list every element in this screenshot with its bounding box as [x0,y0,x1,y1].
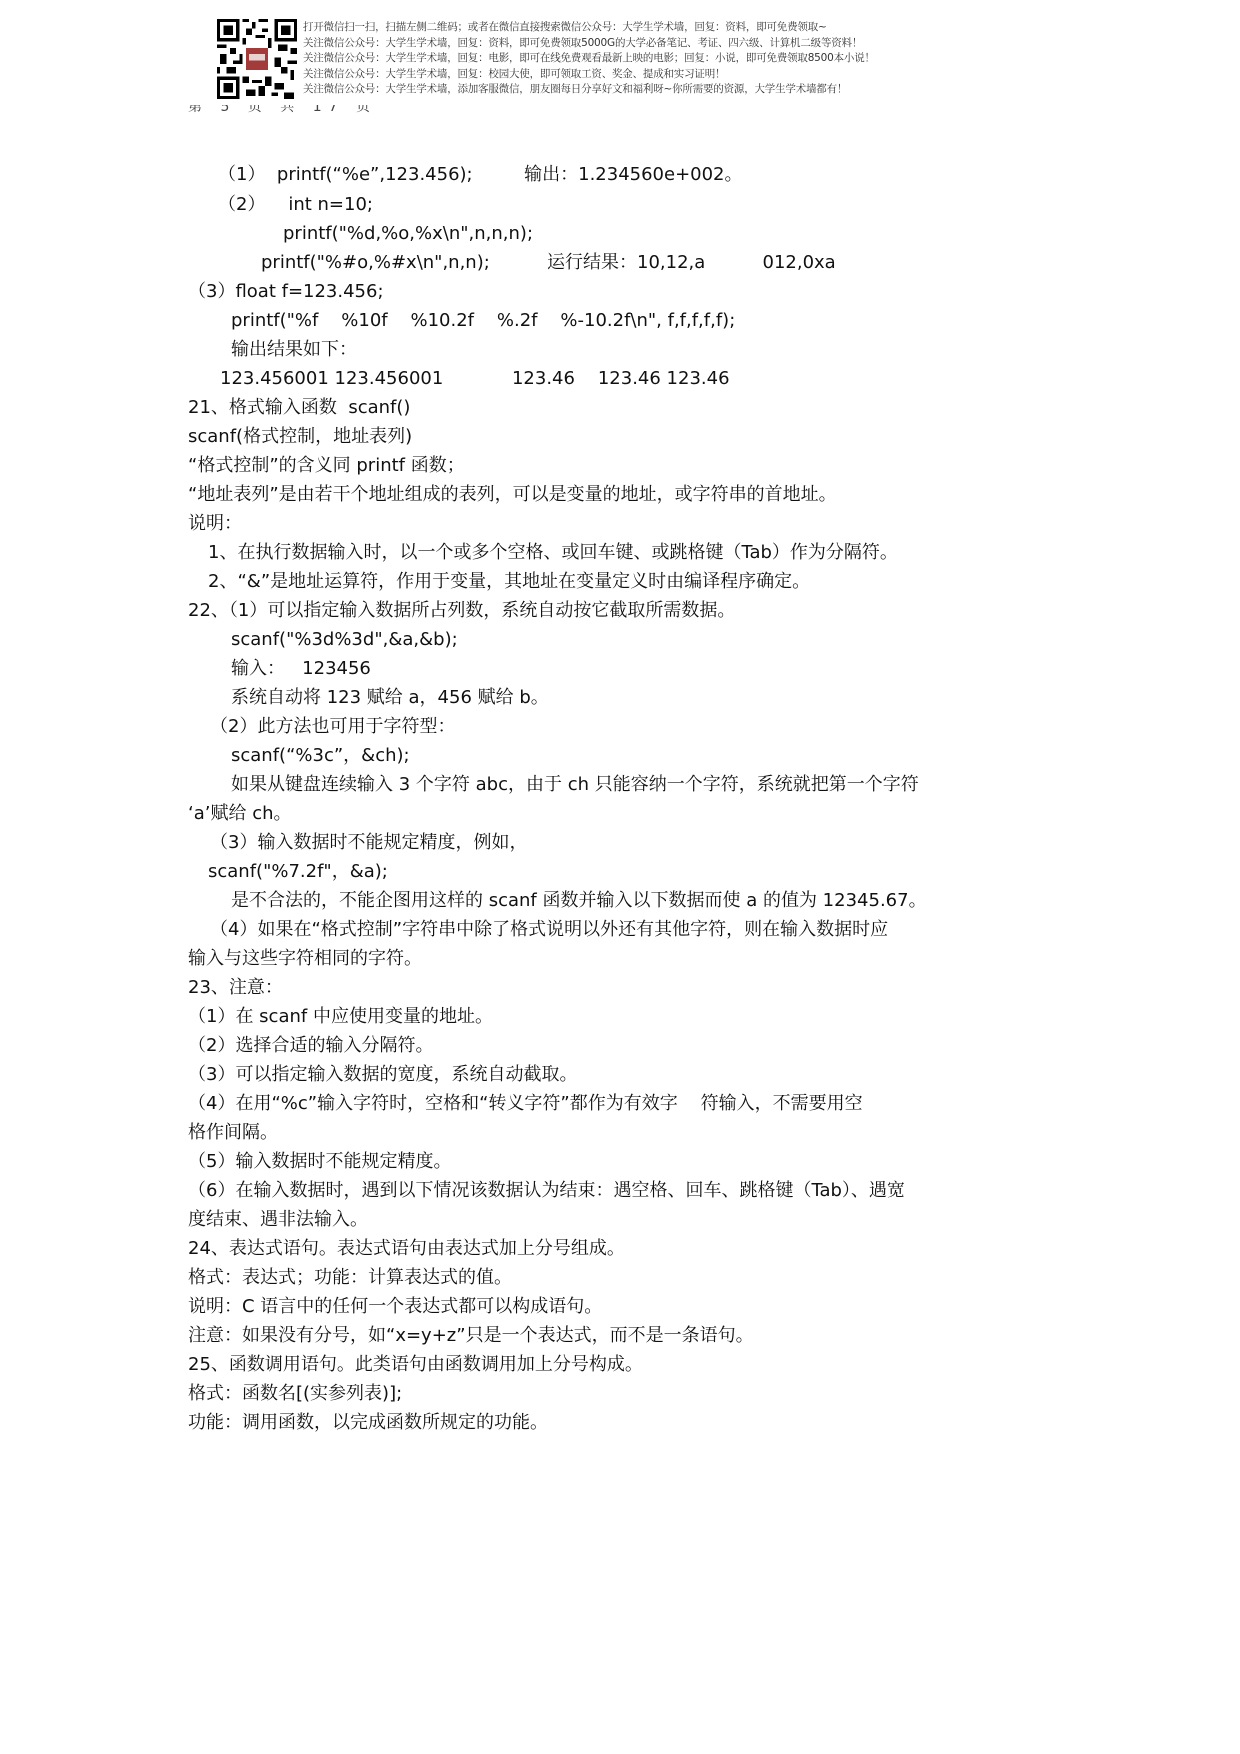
text-line: “地址表列”是由若干个地址组成的表列，可以是变量的地址，或字符串的首地址。 [188,484,837,506]
text-line: 如果从键盘连续输入 3 个字符 abc，由于 ch 只能容纳一个字符，系统就把第… [231,774,919,796]
text-line: （4）在用“%c”输入字符时，空格和“转义字符”都作为有效字 符输入，不需要用空 [188,1093,863,1115]
text-line: （1）在 scanf 中应使用变量的地址。 [188,1006,493,1028]
text-line: 123.456001 123.456001 123.46 123.46 123.… [220,368,730,390]
text-line: （4）如果在“格式控制”字符串中除了格式说明以外还有其他字符，则在输入数据时应 [210,919,888,941]
text-line: （3）输入数据时不能规定精度，例如， [210,832,527,854]
banner-line: 关注微信公众号：大学生学术墙，回复：校园大使，即可领取工资、奖金、提成和实习证明… [303,67,875,83]
text-line: 注意：如果没有分号，如“x=y+z”只是一个表达式，而不是一条语句。 [188,1325,754,1347]
text-line: （2） int n=10; [218,194,373,216]
text-line: （2）此方法也可用于字符型： [210,716,455,738]
banner-line: 打开微信扫一扫，扫描左侧二维码；或者在微信直接搜索微信公众号：大学生学术墙，回复… [303,20,875,36]
text-line: printf("%d,%o,%x\n",n,n,n); [283,223,533,245]
text-line: ‘a’赋给 ch。 [188,803,292,825]
text-line: 说明：C 语言中的任何一个表达式都可以构成语句。 [188,1296,602,1318]
text-line: 是不合法的，不能企图用这样的 scanf 函数并输入以下数据而使 a 的值为 1… [231,890,927,912]
text-line: scanf(格式控制，地址表列) [188,426,412,448]
banner-line: 关注微信公众号：大学生学术墙，回复：电影，即可在线免费观看最新上映的电影；回复：… [303,51,875,67]
text-line: 22、（1）可以指定输入数据所占列数，系统自动按它截取所需数据。 [188,600,735,622]
text-line: （3）可以指定输入数据的宽度，系统自动截取。 [188,1064,577,1086]
text-line: 输入： 123456 [231,658,371,680]
text-line: 系统自动将 123 赋给 a，456 赋给 b。 [231,687,549,709]
text-line: 1、在执行数据输入时，以一个或多个空格、或回车键、或跳格键（Tab）作为分隔符。 [208,542,898,564]
text-line: scanf("%3d%3d",&a,&b); [231,629,458,651]
text-line: （3）float f=123.456; [188,281,384,303]
text-line: scanf(“%3c”，&ch); [231,745,410,767]
text-line: （1） printf(“%e”,123.456); 输出：1.234560e+0… [218,164,743,186]
text-line: 23、注意： [188,977,283,999]
text-line: 24、表达式语句。表达式语句由表达式加上分号组成。 [188,1238,625,1260]
text-line: “格式控制”的含义同 printf 函数； [188,455,465,477]
text-line: 度结束、遇非法输入。 [188,1209,368,1231]
text-line: 21、格式输入函数 scanf() [188,397,410,419]
text-line: 格作间隔。 [188,1122,278,1144]
text-line: 输入与这些字符相同的字符。 [188,948,422,970]
text-line: （5）输入数据时不能规定精度。 [188,1151,451,1173]
qr-code-icon [217,19,297,99]
text-line: （2）选择合适的输入分隔符。 [188,1035,433,1057]
text-line: printf("%f %10f %10.2f %.2f %-10.2f\n", … [231,310,735,332]
text-line: printf("%#o,%#x\n",n,n); 运行结果：10,12,a 01… [261,252,836,274]
text-line: scanf("%7.2f"，&a); [208,861,388,883]
text-line: 格式：表达式；功能：计算表达式的值。 [188,1267,512,1289]
text-line: 25、函数调用语句。此类语句由函数调用加上分号构成。 [188,1354,643,1376]
text-line: 说明： [188,513,242,535]
banner-line: 关注微信公众号：大学生学术墙，添加客服微信，朋友圈每日分享好文和福利呀~你所需要… [303,82,875,98]
text-line: 格式：函数名[(实参列表)]; [188,1383,402,1405]
text-line: 2、“&”是地址运算符，作用于变量，其地址在变量定义时由编译程序确定。 [208,571,810,593]
banner-line: 关注微信公众号：大学生学术墙，回复：资料，即可免费领取5000G的大学必备笔记、… [303,36,875,52]
promo-banner: 打开微信扫一扫，扫描左侧二维码；或者在微信直接搜索微信公众号：大学生学术墙，回复… [217,19,917,105]
text-line: （6）在输入数据时，遇到以下情况该数据认为结束：遇空格、回车、跳格键（Tab）、… [188,1180,905,1202]
text-line: 输出结果如下： [231,339,357,361]
text-line: 功能：调用函数，以完成函数所规定的功能。 [188,1412,548,1434]
banner-text: 打开微信扫一扫，扫描左侧二维码；或者在微信直接搜索微信公众号：大学生学术墙，回复… [303,20,875,98]
